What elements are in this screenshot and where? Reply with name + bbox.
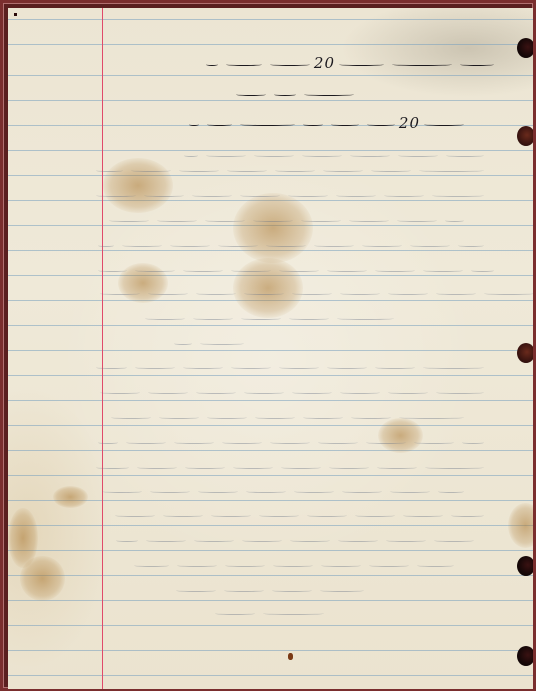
faint-handwritten-line xyxy=(68,484,468,499)
faint-handwritten-line xyxy=(158,148,488,163)
faint-handwritten-line xyxy=(68,213,468,228)
stain xyxy=(20,556,65,601)
punch-hole xyxy=(517,556,533,576)
ink-speck xyxy=(288,653,293,660)
punch-hole xyxy=(517,126,533,146)
faint-handwritten-line xyxy=(68,508,488,523)
faint-handwritten-line xyxy=(178,606,328,621)
scan-frame: 20 20 xyxy=(0,0,536,691)
corner-mark xyxy=(14,13,17,16)
faint-handwritten-line xyxy=(108,311,398,326)
punch-hole xyxy=(517,343,533,363)
faint-handwritten-line xyxy=(68,360,488,375)
faint-handwritten-line xyxy=(68,163,488,178)
faint-handwritten-line xyxy=(68,385,488,400)
margin-line xyxy=(102,8,103,689)
faint-handwritten-line xyxy=(148,583,368,598)
notebook-page: 20 20 xyxy=(8,8,533,689)
faint-handwritten-line xyxy=(158,336,248,351)
punch-hole xyxy=(517,38,533,58)
numeral: 20 xyxy=(399,114,420,132)
numeral: 20 xyxy=(314,54,335,72)
handwritten-line-2 xyxy=(208,84,358,102)
handwritten-line-1: 20 xyxy=(68,54,498,72)
faint-handwritten-line xyxy=(68,263,498,278)
faint-handwritten-line xyxy=(88,533,478,548)
faint-handwritten-line xyxy=(68,188,488,203)
handwritten-line-3: 20 xyxy=(118,114,468,132)
punch-hole xyxy=(517,646,533,666)
faint-handwritten-line xyxy=(68,435,488,450)
faint-handwritten-line xyxy=(108,558,458,573)
faint-handwritten-line xyxy=(68,410,468,425)
faint-handwritten-line xyxy=(68,286,533,301)
faint-handwritten-line xyxy=(68,238,488,253)
faint-handwritten-line xyxy=(68,460,488,475)
